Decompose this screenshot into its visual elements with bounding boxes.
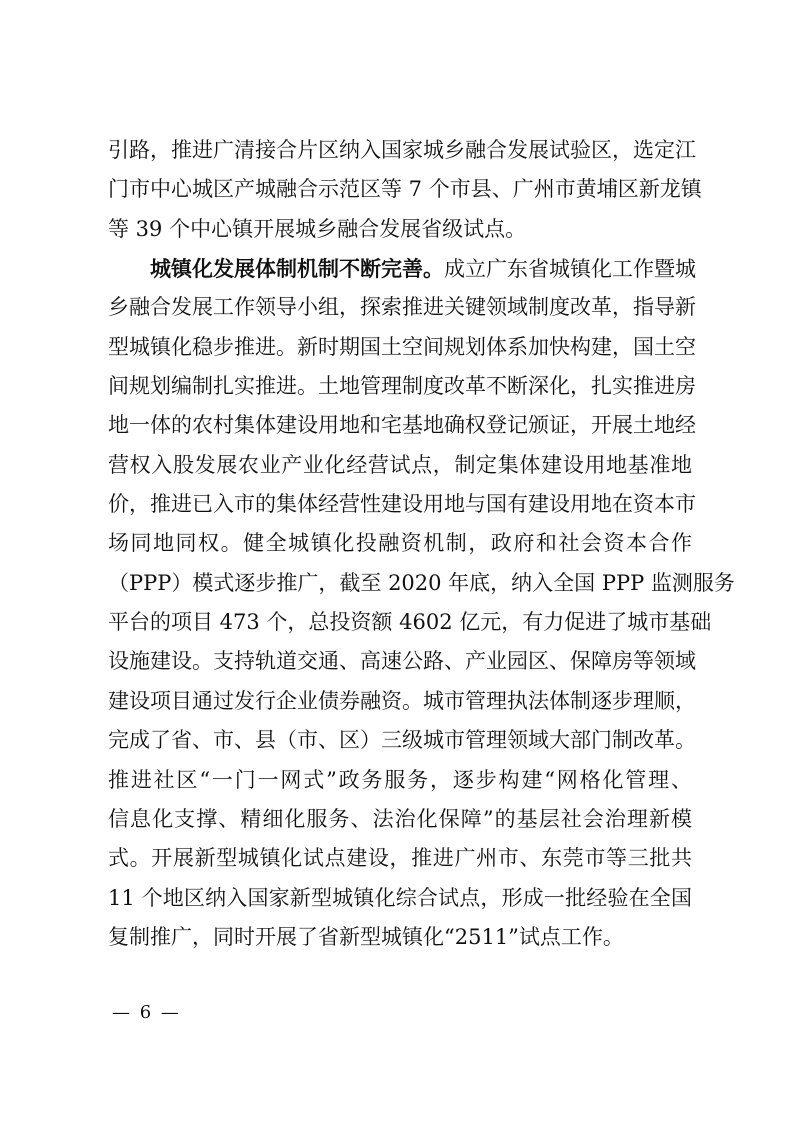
- text-line-with-heading: 城镇化发展体制机制不断完善。成立广东省城镇化工作暨城: [108, 249, 692, 288]
- paragraph-2: 城镇化发展体制机制不断完善。成立广东省城镇化工作暨城 乡融合发展工作领导小组，探…: [108, 249, 692, 957]
- text-line: 复制推广，同时开展了省新型城镇化“2511”试点工作。: [108, 918, 692, 957]
- paragraph-1: 引路，推进广清接合片区纳入国家城乡融合发展试验区，选定江 门市中心城区产城融合示…: [108, 131, 692, 249]
- text-line: （PPP）模式逐步推广，截至 2020 年底，纳入全国 PPP 监测服务: [108, 564, 692, 603]
- text-line: 式。开展新型城镇化试点建设，推进广州市、东莞市等三批共: [108, 839, 692, 878]
- document-page-body: 引路，推进广清接合片区纳入国家城乡融合发展试验区，选定江 门市中心城区产城融合示…: [108, 131, 692, 957]
- text-line: 场同地同权。健全城镇化投融资机制，政府和社会资本合作: [108, 524, 692, 563]
- page-number: — 6 —: [112, 1002, 181, 1023]
- text-line: 平台的项目 473 个，总投资额 4602 亿元，有力促进了城市基础: [108, 603, 692, 642]
- text-span: 成立广东省城镇化工作暨城: [444, 257, 696, 281]
- text-line: 设施建设。支持轨道交通、高速公路、产业园区、保障房等领域: [108, 642, 692, 681]
- text-line: 完成了省、市、县（市、区）三级城市管理领域大部门制改革。: [108, 721, 692, 760]
- text-line: 推进社区“一门一网式”政务服务，逐步构建“网格化管理、: [108, 761, 692, 800]
- text-line: 地一体的农村集体建设用地和宅基地确权登记颁证，开展土地经: [108, 406, 692, 445]
- text-line: 间规划编制扎实推进。土地管理制度改革不断深化，扎实推进房: [108, 367, 692, 406]
- text-line: 型城镇化稳步推进。新时期国土空间规划体系加快构建，国土空: [108, 328, 692, 367]
- text-line: 门市中心城区产城融合示范区等 7 个市县、广州市黄埔区新龙镇: [108, 170, 692, 209]
- text-line: 营权入股发展农业产业化经营试点，制定集体建设用地基准地: [108, 446, 692, 485]
- text-line: 引路，推进广清接合片区纳入国家城乡融合发展试验区，选定江: [108, 131, 692, 170]
- text-line: 等 39 个中心镇开展城乡融合发展省级试点。: [108, 210, 692, 249]
- text-line: 价，推进已入市的集体经营性建设用地与国有建设用地在资本市: [108, 485, 692, 524]
- section-heading: 城镇化发展体制机制不断完善。: [150, 256, 444, 281]
- text-line: 信息化支撑、精细化服务、法治化保障”的基层社会治理新模: [108, 800, 692, 839]
- text-line: 建设项目通过发行企业债券融资。城市管理执法体制逐步理顺，: [108, 682, 692, 721]
- text-line: 乡融合发展工作领导小组，探索推进关键领域制度改革，指导新: [108, 288, 692, 327]
- text-line: 11 个地区纳入国家新型城镇化综合试点，形成一批经验在全国: [108, 879, 692, 918]
